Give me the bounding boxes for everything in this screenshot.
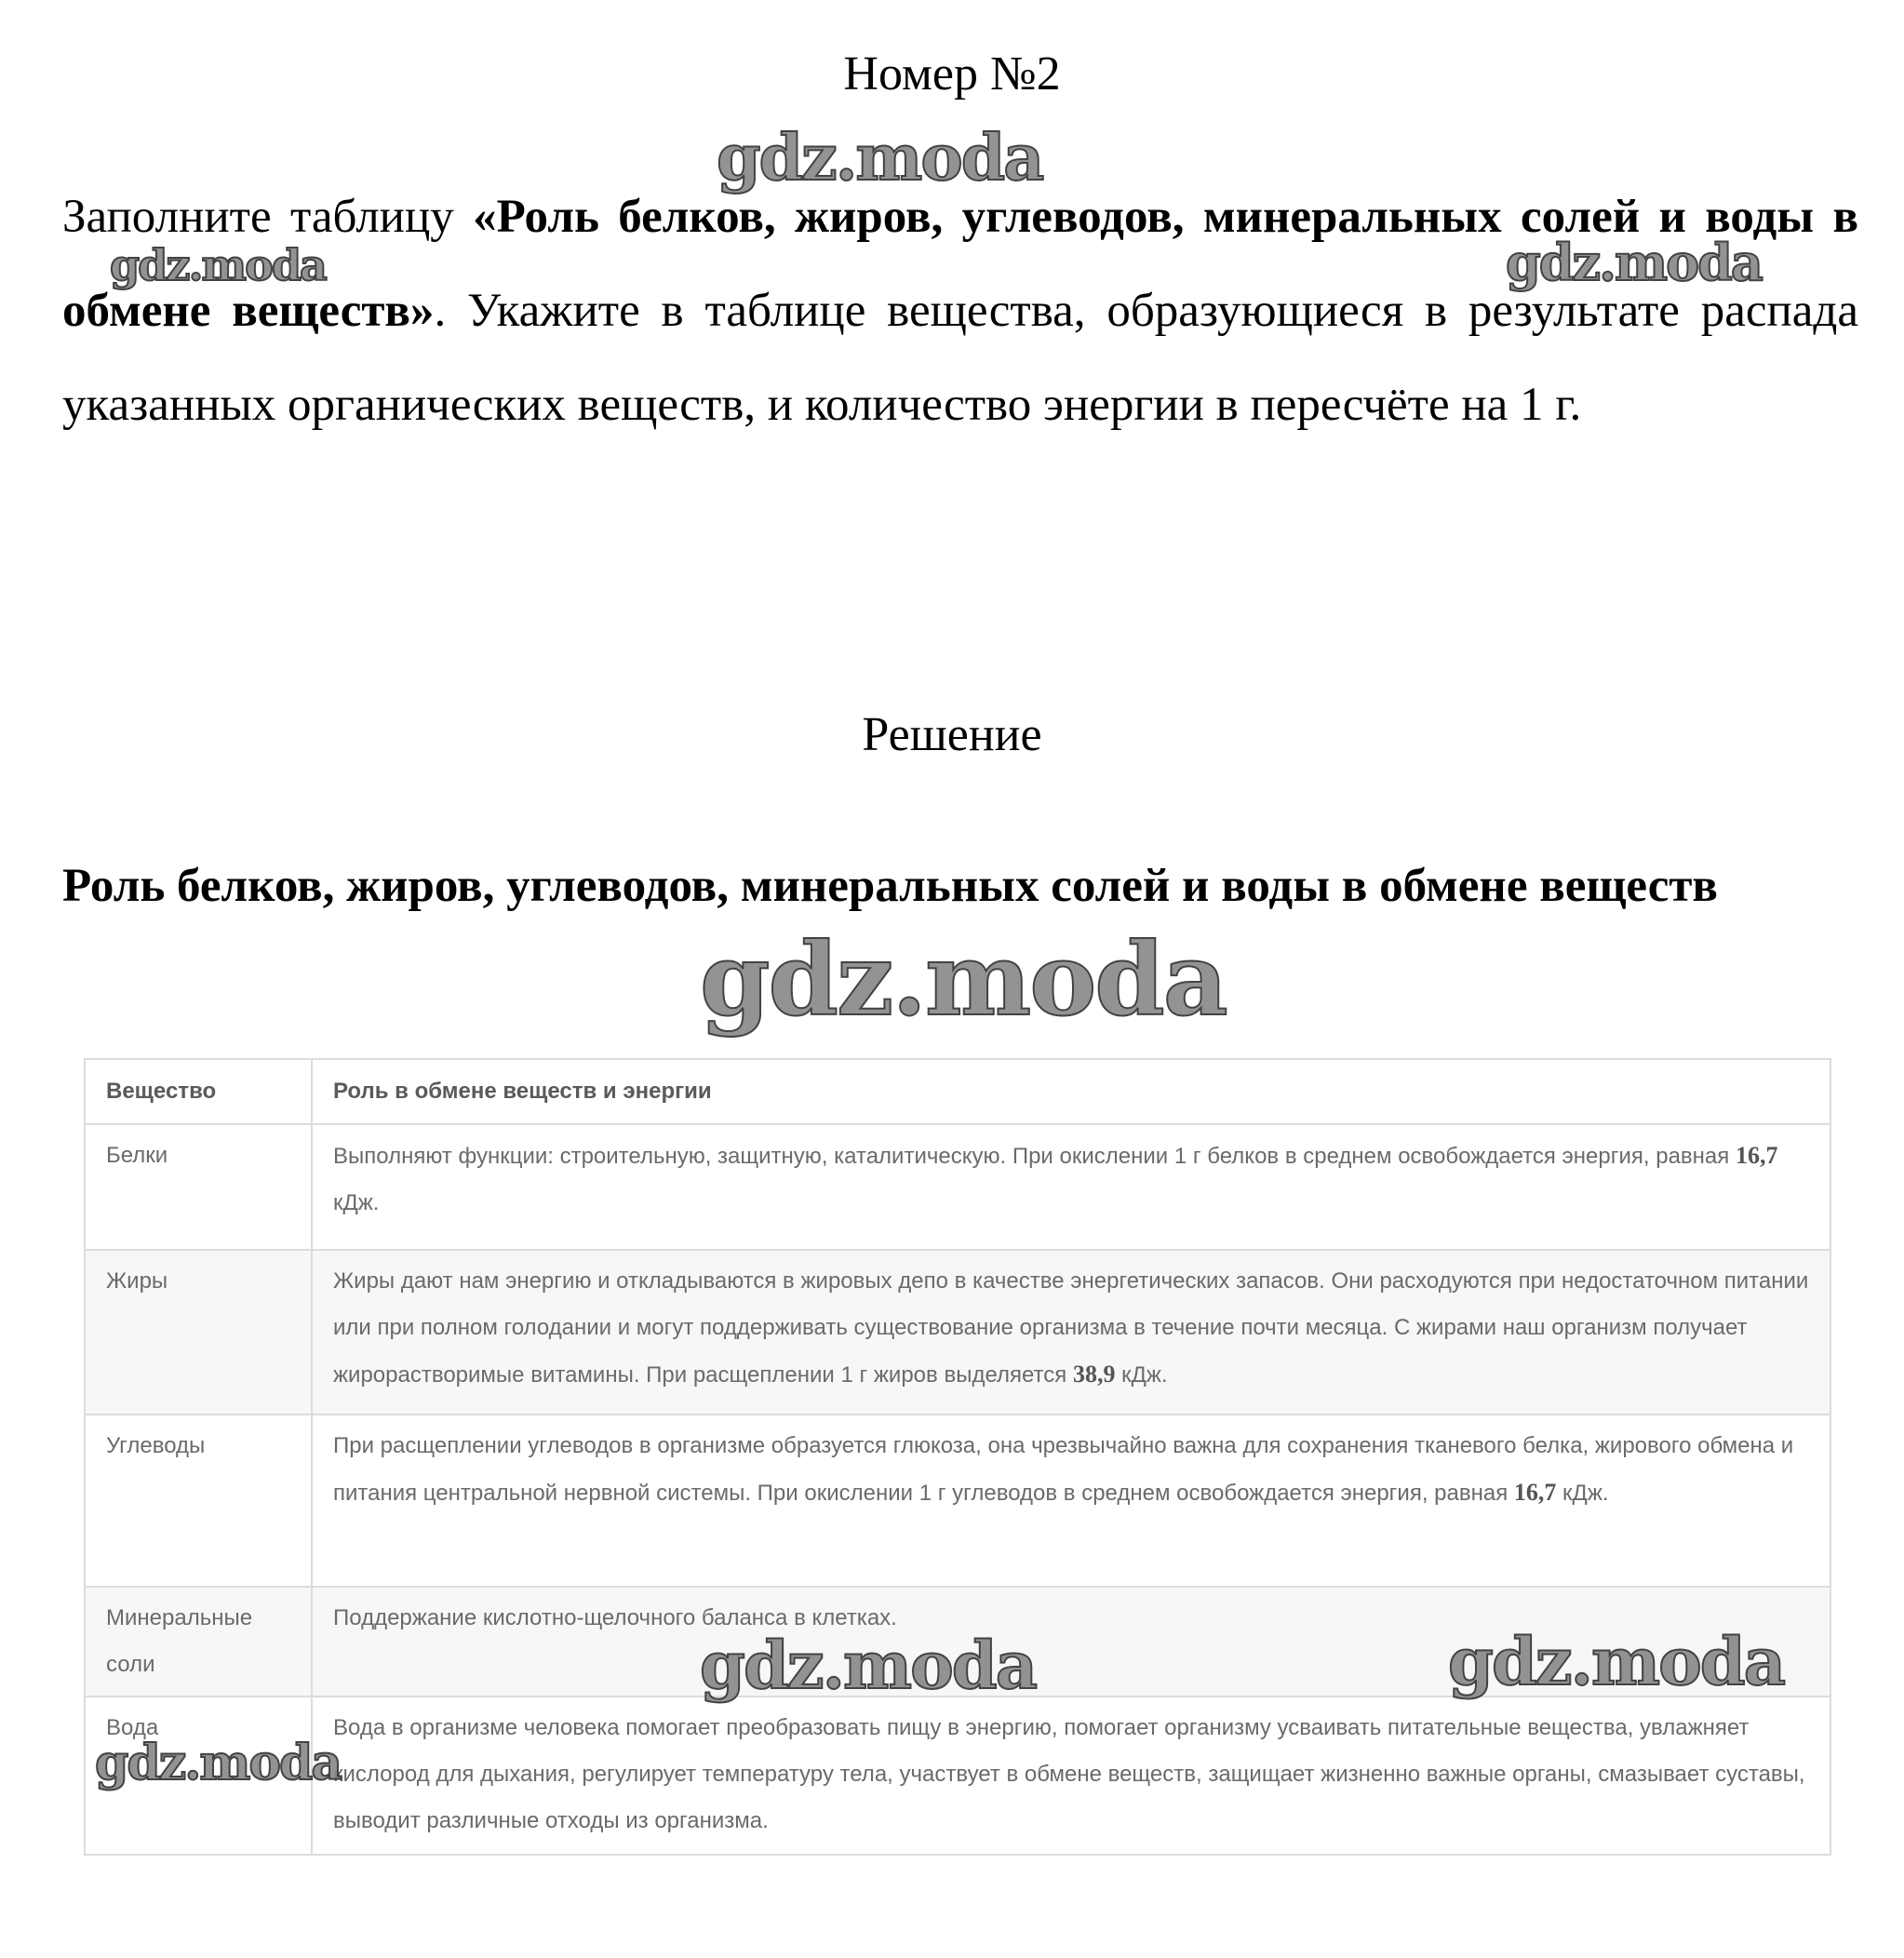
energy-unit: кДж. bbox=[1115, 1362, 1167, 1388]
task-prefix: Заполните таблицу bbox=[62, 191, 473, 243]
task-paragraph: Заполните таблицу «Роль белков, жиров, у… bbox=[62, 170, 1858, 452]
header-substance: Вещество bbox=[85, 1059, 312, 1124]
role-text: Поддержание кислотно-щелочного баланса в… bbox=[333, 1605, 897, 1630]
metabolism-table: Вещество Роль в обмене веществ и энергии… bbox=[84, 1058, 1831, 1856]
row-substance: Минеральные соли bbox=[85, 1587, 312, 1696]
energy-unit: кДж. bbox=[333, 1190, 379, 1215]
row-role: При расщеплении углеводов в организме об… bbox=[312, 1415, 1830, 1587]
watermark: gdz.moda bbox=[700, 921, 1227, 1039]
table-row: Белки Выполняют функции: строительную, з… bbox=[85, 1124, 1830, 1250]
table-row: Минеральные соли Поддержание кислотно-ще… bbox=[85, 1587, 1830, 1696]
table-row: Жиры Жиры дают нам энергию и откладывают… bbox=[85, 1250, 1830, 1415]
energy-value: 16,7 bbox=[1514, 1479, 1557, 1506]
row-substance: Жиры bbox=[85, 1250, 312, 1415]
energy-unit: кДж. bbox=[1556, 1481, 1608, 1506]
table-row: Углеводы При расщеплении углеводов в орг… bbox=[85, 1415, 1830, 1587]
row-role: Поддержание кислотно-щелочного баланса в… bbox=[312, 1587, 1830, 1696]
role-text: Вода в организме человека помогает преоб… bbox=[333, 1715, 1805, 1833]
header-role: Роль в обмене веществ и энергии bbox=[312, 1059, 1830, 1124]
solution-title: Решение bbox=[0, 707, 1904, 763]
energy-value: 16,7 bbox=[1736, 1142, 1778, 1169]
table-row: Вода Вода в организме человека помогает … bbox=[85, 1696, 1830, 1855]
row-role: Вода в организме человека помогает преоб… bbox=[312, 1696, 1830, 1855]
row-substance: Вода bbox=[85, 1696, 312, 1855]
table-header-row: Вещество Роль в обмене веществ и энергии bbox=[85, 1059, 1830, 1124]
energy-value: 38,9 bbox=[1073, 1361, 1116, 1388]
row-substance: Углеводы bbox=[85, 1415, 312, 1587]
page-title: Номер №2 bbox=[0, 47, 1904, 102]
row-role: Выполняют функции: строительную, защитну… bbox=[312, 1124, 1830, 1250]
role-text: Жиры дают нам энергию и откладываются в … bbox=[333, 1268, 1808, 1388]
row-role: Жиры дают нам энергию и откладываются в … bbox=[312, 1250, 1830, 1415]
role-text: Выполняют функции: строительную, защитну… bbox=[333, 1144, 1736, 1169]
table-heading: Роль белков, жиров, углеводов, минеральн… bbox=[62, 839, 1858, 933]
row-substance: Белки bbox=[85, 1124, 312, 1250]
